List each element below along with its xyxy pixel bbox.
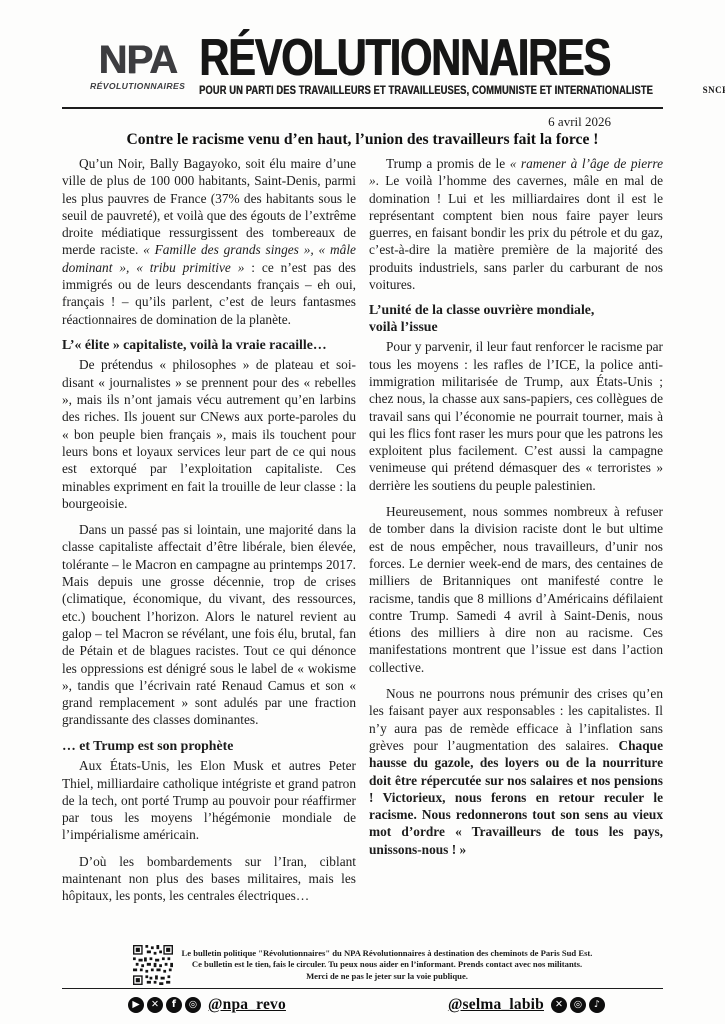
npa-logo: NPA RÉVOLUTIONNAIRES <box>90 40 185 91</box>
youtube-icon[interactable]: ▶ <box>128 997 144 1013</box>
footer-text: Le bulletin politique "Révolutionnaires"… <box>182 948 593 983</box>
footer-notice: Le bulletin politique "Révolutionnaires"… <box>62 945 663 985</box>
paragraph: Pour y parvenir, il leur faut renforcer … <box>369 338 663 494</box>
paragraph: Nous ne pourrons nous prémunir des crise… <box>369 685 663 858</box>
selma-social-icons: ✕◎♪ <box>551 997 605 1013</box>
paragraph: Dans un passé pas si lointain, une major… <box>62 521 356 729</box>
npa-social-icons: ▶✕f◎ <box>128 997 201 1013</box>
selma-social-group: @selma_labib ✕◎♪ <box>444 996 605 1014</box>
hammer-sickle-icon: ☭ <box>703 37 725 87</box>
paragraph: De prétendus « philosophes » de plateau … <box>62 356 356 512</box>
footer-line-3: Merci de ne pas le jeter sur la voie pub… <box>182 971 593 983</box>
section-heading: L’unité de la classe ouvrière mondiale,v… <box>369 302 663 335</box>
footer-line-1: Le bulletin politique "Révolutionnaires"… <box>182 948 593 960</box>
npa-logo-subtitle: RÉVOLUTIONNAIRES <box>90 81 185 91</box>
instagram-icon[interactable]: ◎ <box>570 997 586 1013</box>
paragraph: Aux États-Unis, les Elon Musk et autres … <box>62 757 356 843</box>
instagram-icon[interactable]: ◎ <box>185 997 201 1013</box>
masthead: NPA RÉVOLUTIONNAIRES RÉVOLUTIONNAIRES PO… <box>62 30 663 103</box>
npa-handle-link[interactable]: @npa_revo <box>208 996 286 1014</box>
section-heading: L’« élite » capitaliste, voilà la vraie … <box>62 337 356 354</box>
masthead-center: RÉVOLUTIONNAIRES POUR UN PARTI DES TRAVA… <box>199 34 653 97</box>
tiktok-icon[interactable]: ♪ <box>589 997 605 1013</box>
selma-handle-link[interactable]: @selma_labib <box>448 996 544 1014</box>
social-row: ▶✕f◎ @npa_revo @selma_labib ✕◎♪ <box>62 989 663 1014</box>
left-column: Qu’un Noir, Bally Bagayoko, soit élu mai… <box>62 155 356 945</box>
headline: Contre le racisme venu d’en haut, l’unio… <box>62 130 663 155</box>
bulletin-page: NPA RÉVOLUTIONNAIRES RÉVOLUTIONNAIRES PO… <box>0 0 725 1024</box>
paragraph: D’où les bombardements sur l’Iran, cibla… <box>62 853 356 905</box>
section-label: SNCF PARIS SUD-EST <box>703 85 725 95</box>
npa-social-group: ▶✕f◎ @npa_revo <box>128 996 290 1014</box>
footer: Le bulletin politique "Révolutionnaires"… <box>62 945 663 1014</box>
masthead-subtitle: POUR UN PARTI DES TRAVAILLEURS ET TRAVAI… <box>199 84 653 97</box>
article-body: Qu’un Noir, Bally Bagayoko, soit élu mai… <box>62 155 663 945</box>
masthead-title: RÉVOLUTIONNAIRES <box>199 34 653 82</box>
facebook-icon[interactable]: f <box>166 997 182 1013</box>
section-logo: ☭ SNCF PARIS SUD-EST <box>703 37 725 95</box>
x-icon[interactable]: ✕ <box>147 997 163 1013</box>
qr-code <box>133 945 173 985</box>
issue-date: 6 avril 2026 <box>62 109 663 130</box>
paragraph: Qu’un Noir, Bally Bagayoko, soit élu mai… <box>62 155 356 328</box>
paragraph: Trump a promis de le « ramener à l’âge d… <box>369 155 663 293</box>
footer-line-2: Ce bulletin est le tien, fais le circule… <box>182 959 593 971</box>
x-icon[interactable]: ✕ <box>551 997 567 1013</box>
paragraph: Heureusement, nous sommes nombreux à ref… <box>369 503 663 676</box>
npa-logo-title: NPA <box>90 40 185 80</box>
right-column: Trump a promis de le « ramener à l’âge d… <box>369 155 663 945</box>
section-heading: … et Trump est son prophète <box>62 738 356 755</box>
